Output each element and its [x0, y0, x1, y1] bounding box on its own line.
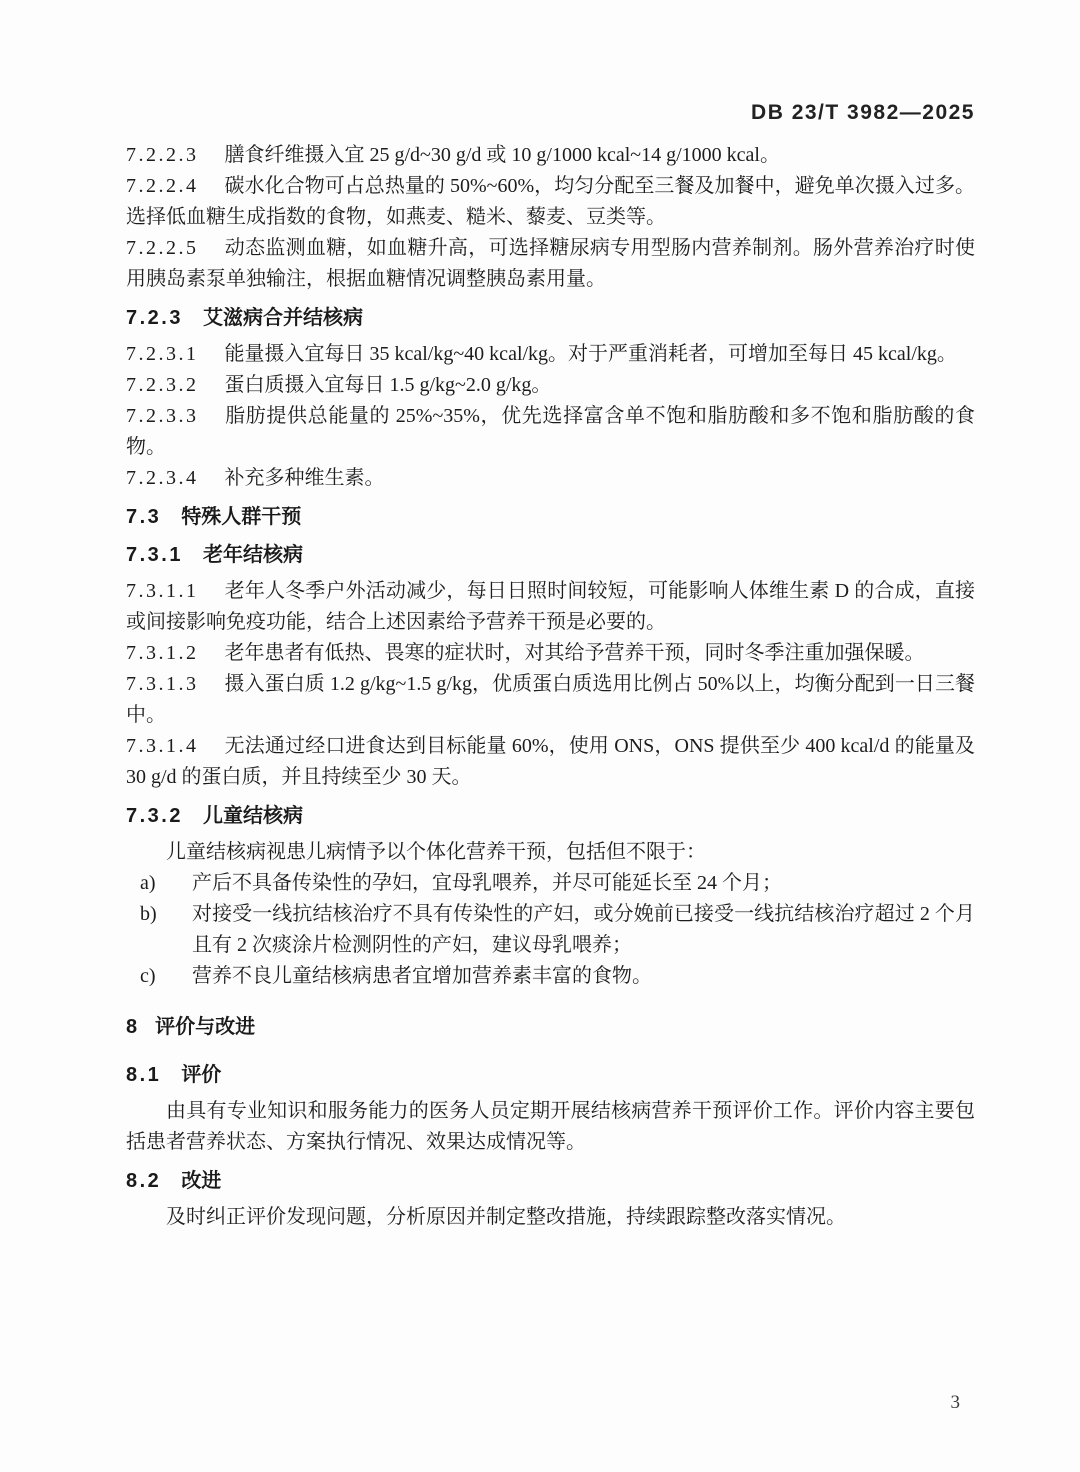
clause-7-3-1-4: 7.3.1.4无法通过经口进食达到目标能量 60%，使用 ONS，ONS 提供至… [126, 731, 975, 793]
list-item-text: 营养不良儿童结核病患者宜增加营养素丰富的食物。 [192, 961, 975, 992]
heading-7-3: 7.3特殊人群干预 [126, 502, 975, 532]
heading-text: 改进 [181, 1170, 221, 1192]
clause-number: 7.3.1.1 [126, 580, 199, 602]
clause-number: 7.2.2.5 [126, 237, 199, 259]
heading-text: 评价 [181, 1064, 221, 1086]
clause-number: 7.2.3.4 [126, 467, 199, 489]
clause-number: 7.2.2.3 [126, 144, 199, 166]
clause-7-2-2-5: 7.2.2.5动态监测血糖，如血糖升高，可选择糖尿病专用型肠内营养制剂。肠外营养… [126, 233, 975, 295]
clause-text: 老年人冬季户外活动减少，每日日照时间较短，可能影响人体维生素 D 的合成，直接或… [126, 580, 975, 633]
heading-7-2-3: 7.2.3艾滋病合并结核病 [126, 303, 975, 333]
clause-text: 蛋白质摄入宜每日 1.5 g/kg~2.0 g/kg。 [225, 374, 552, 396]
heading-8-2: 8.2改进 [126, 1166, 975, 1196]
heading-number: 7.3.1 [126, 544, 183, 566]
clause-number: 7.2.3.2 [126, 374, 199, 396]
list-item-c: c)营养不良儿童结核病患者宜增加营养素丰富的食物。 [140, 961, 975, 992]
clause-7-2-2-3: 7.2.2.3膳食纤维摄入宜 25 g/d~30 g/d 或 10 g/1000… [126, 140, 975, 171]
list-marker: a) [140, 868, 192, 899]
paragraph-improvement: 及时纠正评价发现问题，分析原因并制定整改措施，持续跟踪整改落实情况。 [126, 1202, 975, 1233]
clause-7-3-1-1: 7.3.1.1老年人冬季户外活动减少，每日日照时间较短，可能影响人体维生素 D … [126, 576, 975, 638]
page-number: 3 [951, 1392, 961, 1414]
list-item-b: b)对接受一线抗结核治疗不具有传染性的产妇，或分娩前已接受一线抗结核治疗超过 2… [140, 899, 975, 961]
heading-text: 老年结核病 [203, 544, 303, 566]
clause-7-2-3-4: 7.2.3.4补充多种维生素。 [126, 463, 975, 494]
heading-7-3-2: 7.3.2儿童结核病 [126, 801, 975, 831]
clause-text: 补充多种维生素。 [225, 467, 385, 489]
clause-7-2-3-3: 7.2.3.3脂肪提供总能量的 25%~35%，优先选择富含单不饱和脂肪酸和多不… [126, 401, 975, 463]
clause-number: 7.2.3.1 [126, 343, 199, 365]
heading-text: 儿童结核病 [203, 805, 303, 827]
clause-7-2-3-1: 7.2.3.1能量摄入宜每日 35 kcal/kg~40 kcal/kg。对于严… [126, 339, 975, 370]
list-marker: b) [140, 899, 192, 961]
heading-text: 艾滋病合并结核病 [203, 307, 363, 329]
list-item-a: a)产后不具备传染性的孕妇，宜母乳喂养，并尽可能延长至 24 个月； [140, 868, 975, 899]
clause-text: 碳水化合物可占总热量的 50%~60%，均匀分配至三餐及加餐中，避免单次摄入过多… [126, 175, 975, 228]
clause-number: 7.3.1.3 [126, 673, 199, 695]
heading-number: 7.3.2 [126, 805, 183, 827]
chapter-number: 8 [126, 1016, 137, 1038]
clause-text: 动态监测血糖，如血糖升高，可选择糖尿病专用型肠内营养制剂。肠外营养治疗时使用胰岛… [126, 237, 975, 290]
clause-text: 无法通过经口进食达到目标能量 60%，使用 ONS，ONS 提供至少 400 k… [126, 735, 975, 788]
list-marker: c) [140, 961, 192, 992]
heading-number: 7.2.3 [126, 307, 183, 329]
clause-number: 7.3.1.4 [126, 735, 199, 757]
clause-7-3-1-3: 7.3.1.3摄入蛋白质 1.2 g/kg~1.5 g/kg，优质蛋白质选用比例… [126, 669, 975, 731]
chapter-text: 评价与改进 [155, 1016, 255, 1038]
clause-7-2-2-4: 7.2.2.4碳水化合物可占总热量的 50%~60%，均匀分配至三餐及加餐中，避… [126, 171, 975, 233]
list-item-text: 对接受一线抗结核治疗不具有传染性的产妇，或分娩前已接受一线抗结核治疗超过 2 个… [192, 899, 975, 961]
document-code-header: DB 23/T 3982—2025 [126, 100, 975, 126]
list-item-text: 产后不具备传染性的孕妇，宜母乳喂养，并尽可能延长至 24 个月； [192, 868, 975, 899]
chapter-8: 8评价与改进 [126, 1012, 975, 1042]
clause-7-3-1-2: 7.3.1.2老年患者有低热、畏寒的症状时，对其给予营养干预，同时冬季注重加强保… [126, 638, 975, 669]
heading-number: 8.2 [126, 1170, 161, 1192]
document-page: DB 23/T 3982—2025 7.2.2.3膳食纤维摄入宜 25 g/d~… [0, 0, 1080, 1472]
heading-8-1: 8.1评价 [126, 1060, 975, 1090]
clause-number: 7.2.2.4 [126, 175, 199, 197]
clause-text: 老年患者有低热、畏寒的症状时，对其给予营养干预，同时冬季注重加强保暖。 [225, 642, 925, 664]
clause-text: 摄入蛋白质 1.2 g/kg~1.5 g/kg，优质蛋白质选用比例占 50%以上… [126, 673, 975, 726]
paragraph-evaluation: 由具有专业知识和服务能力的医务人员定期开展结核病营养干预评价工作。评价内容主要包… [126, 1096, 975, 1158]
paragraph-child-tb-intro: 儿童结核病视患儿病情予以个体化营养干预，包括但不限于： [126, 837, 975, 868]
clause-number: 7.2.3.3 [126, 405, 199, 427]
clause-text: 膳食纤维摄入宜 25 g/d~30 g/d 或 10 g/1000 kcal~1… [225, 144, 781, 166]
clause-number: 7.3.1.2 [126, 642, 199, 664]
heading-7-3-1: 7.3.1老年结核病 [126, 540, 975, 570]
page-content: DB 23/T 3982—2025 7.2.2.3膳食纤维摄入宜 25 g/d~… [0, 0, 1080, 1233]
clause-text: 能量摄入宜每日 35 kcal/kg~40 kcal/kg。对于严重消耗者，可增… [225, 343, 957, 365]
clause-text: 脂肪提供总能量的 25%~35%，优先选择富含单不饱和脂肪酸和多不饱和脂肪酸的食… [126, 405, 975, 458]
clause-7-2-3-2: 7.2.3.2蛋白质摄入宜每日 1.5 g/kg~2.0 g/kg。 [126, 370, 975, 401]
heading-number: 7.3 [126, 506, 161, 528]
heading-number: 8.1 [126, 1064, 161, 1086]
heading-text: 特殊人群干预 [181, 506, 301, 528]
